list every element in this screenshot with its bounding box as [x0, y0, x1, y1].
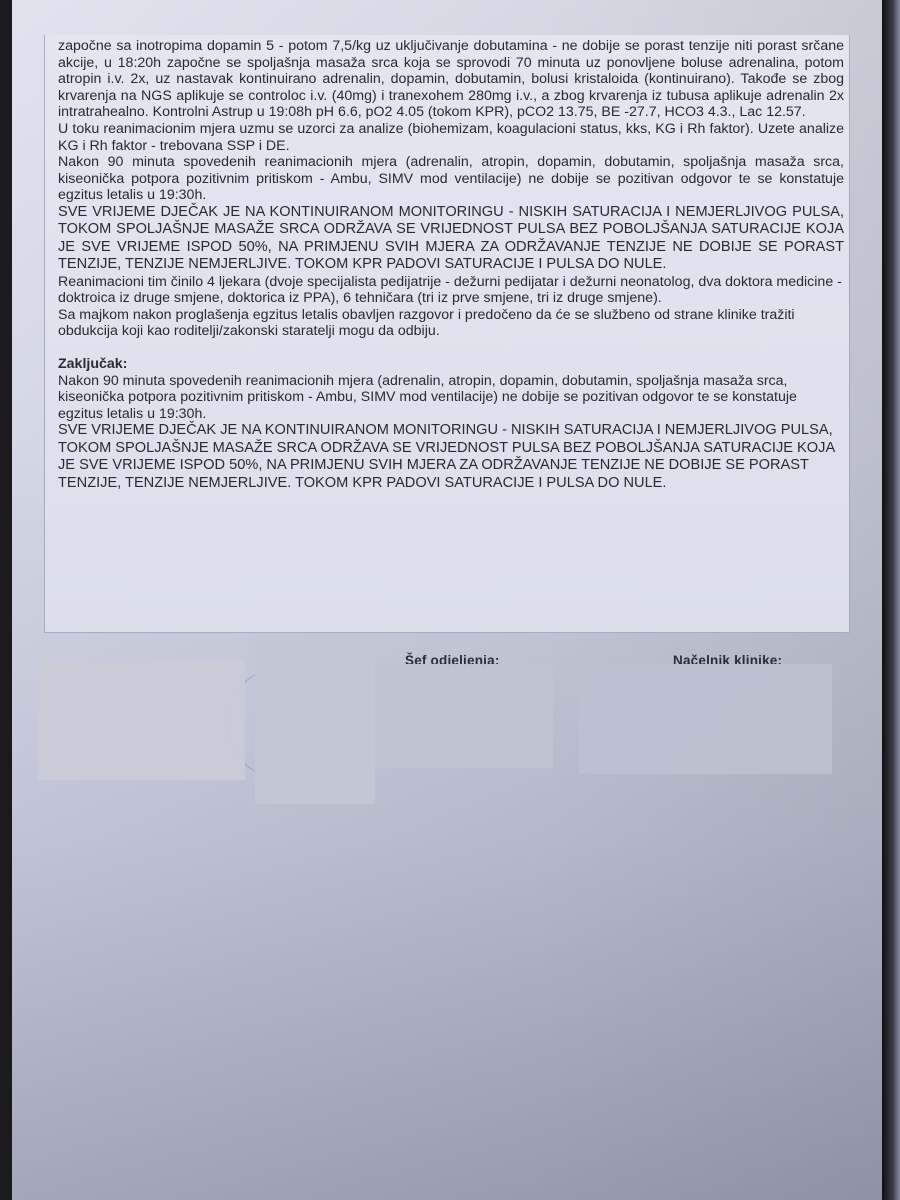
conclusion-paragraph-outcome: Nakon 90 minuta spovedenih reanimacionih… — [58, 373, 844, 423]
redaction-block — [375, 664, 553, 768]
paragraph-team: Reanimacioni tim činilo 4 ljekara (dvoje… — [58, 274, 844, 307]
conclusion-paragraph-monitoring: SVE VRIJEME DJEČAK JE NA KONTINUIRANOM M… — [58, 422, 844, 492]
paragraph-treatment: započne sa inotropima dopamin 5 - potom … — [58, 38, 844, 121]
paragraph-outcome: Nakon 90 minuta spovedenih reanimacionih… — [58, 154, 844, 204]
redaction-block — [38, 660, 245, 780]
paragraph-mother-conversation: Sa majkom nakon proglašenja egzitus leta… — [58, 307, 844, 340]
redaction-block — [579, 664, 832, 774]
background-edge — [882, 0, 900, 1200]
conclusion-title: Zaključak: — [58, 356, 844, 373]
paragraph-analyses: U toku reanimacionim mjera uzmu se uzorc… — [58, 121, 844, 154]
redaction-block — [255, 636, 375, 804]
paragraph-monitoring: SVE VRIJEME DJEČAK JE NA KONTINUIRANOM M… — [58, 204, 844, 274]
report-text: započne sa inotropima dopamin 5 - potom … — [58, 38, 844, 492]
